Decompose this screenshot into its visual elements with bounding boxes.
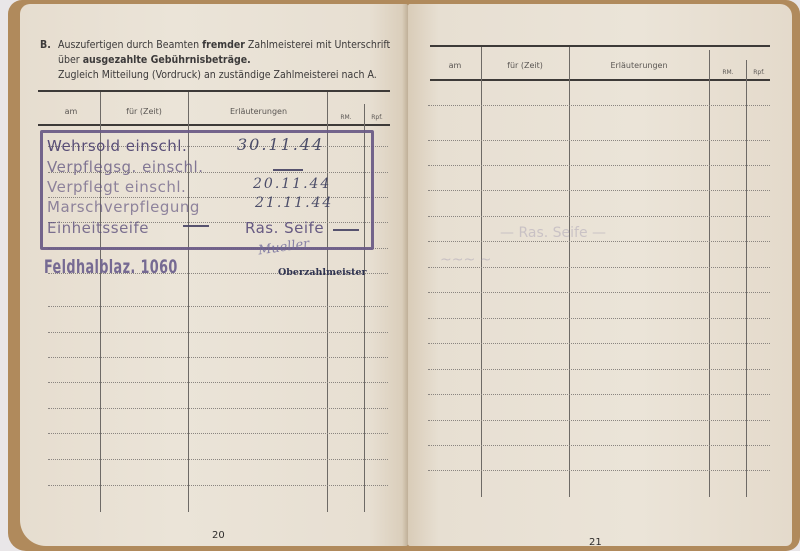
header-fuer-zeit: für (Zeit) <box>108 107 180 116</box>
right-col-divider <box>569 47 570 497</box>
stamp-dash <box>273 169 303 171</box>
stamp-label-marschverpflegung: Marschverpflegung <box>47 198 200 216</box>
stamp-label-einheitsseife: Einheitsseife <box>47 219 149 237</box>
section-number: B. <box>40 38 51 53</box>
header-erlaeuterungen: Erläuterungen <box>574 61 704 70</box>
left-table-top-rule <box>38 90 390 92</box>
stamp-value-marschverpflegung: 21.11.44 <box>255 195 333 211</box>
instruction-line-3: Zugleich Mitteilung (Vordruck) an zustän… <box>58 68 377 83</box>
unit-stamp: Feldhalblaz. 1060 <box>44 256 178 278</box>
right-col-divider <box>481 47 482 497</box>
stamp-value-verpflegt: 20.11.44 <box>253 176 331 192</box>
header-rm: RM. <box>712 69 744 76</box>
bleed-through-mark: ~~~ ~ <box>440 252 491 268</box>
header-fuer-zeit: für (Zeit) <box>488 61 562 70</box>
stamp-label-verpflegt: Verpflegt einschl. <box>47 178 186 196</box>
bleed-through-mark: — Ras. Seife — <box>500 225 606 241</box>
instruction-line-2: über ausgezahlte Gebührnisbeträge. <box>58 53 251 68</box>
right-col-divider <box>709 50 710 497</box>
stamp-label-wehrsold: Wehrsold einschl. <box>47 137 187 155</box>
stamp-label-ras-seife: Ras. Seife <box>245 219 324 237</box>
rank-stamp: Oberzahlmeister <box>278 267 367 278</box>
right-col-divider <box>746 60 747 497</box>
left-table-header-rule <box>38 124 390 126</box>
page-number-right: 21 <box>589 537 602 548</box>
header-rm: RM. <box>330 114 362 121</box>
header-am: am <box>432 61 478 70</box>
header-rpf: Rpf. <box>748 69 770 76</box>
pay-status-stamp: Wehrsold einschl. 30.11.44 Verpflegsg. e… <box>40 130 374 250</box>
stamp-label-verpflegsg: Verpflegsg. einschl. <box>47 158 204 176</box>
stamp-value-wehrsold: 30.11.44 <box>237 135 324 154</box>
instruction-line-1: Auszufertigen durch Beamten fremder Zahl… <box>58 38 390 53</box>
header-erlaeuterungen: Erläuterungen <box>196 107 321 116</box>
page-number-left: 20 <box>212 530 225 541</box>
right-page <box>408 4 792 546</box>
header-am: am <box>48 107 94 116</box>
stamp-dash <box>333 229 359 231</box>
stamp-dash <box>183 225 209 227</box>
header-rpf: Rpf. <box>366 114 388 121</box>
